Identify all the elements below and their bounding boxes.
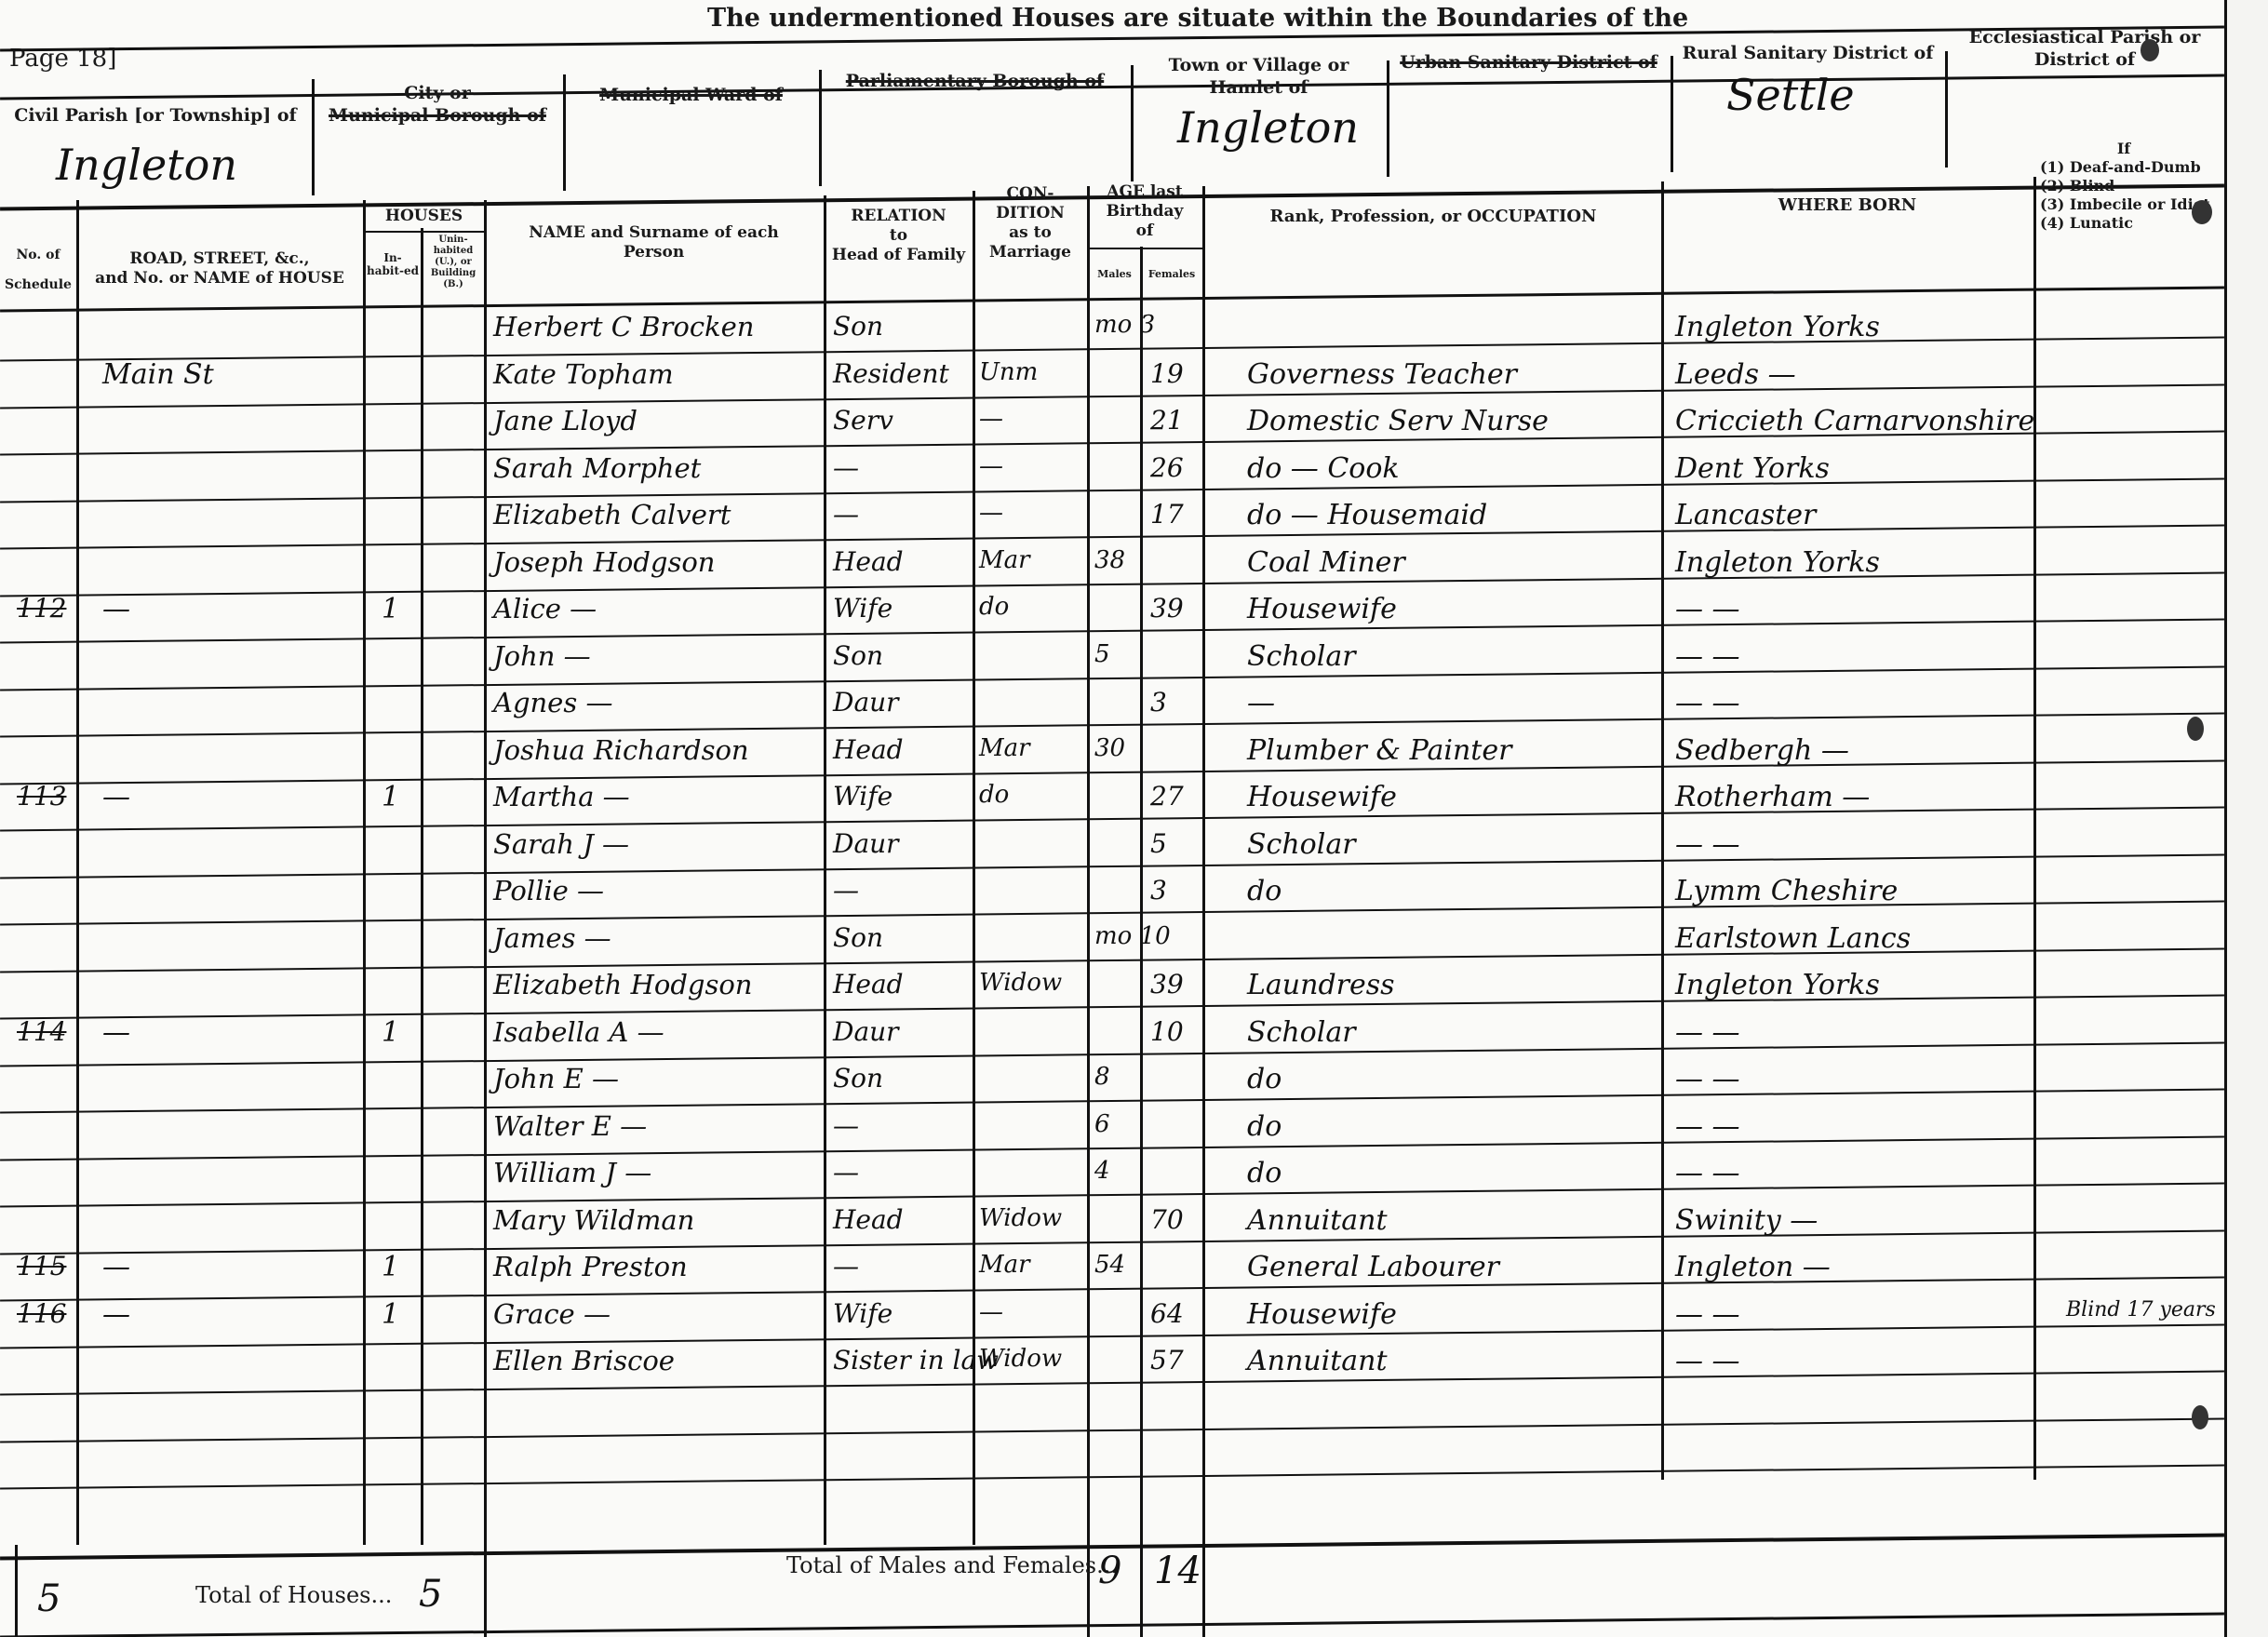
- rule-houses: [366, 231, 484, 233]
- cell-inhabited: [382, 922, 419, 959]
- cell-male-age: [1094, 593, 1141, 630]
- cell-female-age: 57: [1150, 1345, 1201, 1382]
- cell-male-age: 6: [1094, 1110, 1141, 1147]
- cell-condition: [979, 1439, 1086, 1476]
- cell-name: Kate Topham: [493, 358, 824, 396]
- ink-blot: [2192, 200, 2212, 224]
- cell-where-born: Leeds —: [1675, 358, 2033, 396]
- cell-occupation: [1247, 1392, 1657, 1429]
- cell-inhabited: [382, 1157, 419, 1194]
- cell-name: Ellen Briscoe: [493, 1345, 824, 1382]
- cell-male-age: [1094, 969, 1141, 1006]
- cell-where-born: — —: [1675, 1016, 2033, 1053]
- cell-infirmity: [2066, 969, 2220, 1006]
- cell-road: —: [102, 1251, 354, 1288]
- cell-schedule: [17, 828, 74, 865]
- cell-inhabited: [382, 452, 419, 490]
- cell-relation: Head: [833, 734, 973, 772]
- cell-where-born: — —: [1675, 593, 2033, 630]
- district-civil-parish-value: Ingleton: [56, 140, 237, 190]
- cell-where-born: Earlstown Lancs: [1675, 922, 2033, 959]
- cell-female-age: 27: [1150, 781, 1201, 818]
- cell-road: [102, 687, 354, 724]
- cell-condition: Widow: [979, 1204, 1086, 1241]
- header-uninhabited: Unin-habited (U.), or Building (B.): [423, 235, 483, 290]
- cell-where-born: — —: [1675, 687, 2033, 724]
- cell-inhabited: [382, 875, 419, 912]
- cell-condition: Mar: [979, 734, 1086, 772]
- cell-occupation: Governess Teacher: [1247, 358, 1657, 396]
- cell-condition: Mar: [979, 546, 1086, 584]
- cell-name: Herbert C Brocken: [493, 311, 824, 348]
- cell-female-age: [1150, 1157, 1201, 1194]
- cell-male-age: mo 3: [1094, 311, 1141, 348]
- cell-infirmity: [2066, 546, 2220, 584]
- cell-where-born: Lancaster: [1675, 499, 2033, 536]
- cell-occupation: [1247, 311, 1657, 348]
- district-parliamentary-borough-label: Parliamentary Borough of: [824, 70, 1126, 92]
- cell-condition: [979, 922, 1086, 959]
- cell-relation: Wife: [833, 1298, 973, 1335]
- cell-road: [102, 828, 354, 865]
- cell-condition: Widow: [979, 969, 1086, 1006]
- cell-condition: do: [979, 781, 1086, 818]
- cell-name: Sarah J —: [493, 828, 824, 865]
- divider: [819, 70, 822, 186]
- cell-schedule: [17, 969, 74, 1006]
- cell-where-born: Sedbergh —: [1675, 734, 2033, 772]
- cell-infirmity: [2066, 1204, 2220, 1241]
- header-males: Males: [1089, 268, 1140, 281]
- cell-male-age: [1094, 781, 1141, 818]
- cell-name: Mary Wildman: [493, 1204, 824, 1241]
- cell-schedule: [17, 311, 74, 348]
- table-row: Ellen BriscoeSister in lawWidow57Annuita…: [0, 1341, 2224, 1384]
- district-town-value: Ingleton: [1177, 102, 1359, 153]
- cell-road: [102, 452, 354, 490]
- ink-blot: [2187, 717, 2204, 741]
- total-males: 9: [1098, 1550, 1121, 1592]
- cell-female-age: [1150, 1251, 1201, 1288]
- cell-male-age: [1094, 1016, 1141, 1053]
- ink-blot: [2192, 1405, 2208, 1429]
- cell-inhabited: [382, 1439, 419, 1476]
- cell-condition: [979, 311, 1086, 348]
- cell-female-age: 17: [1150, 499, 1201, 536]
- cell-schedule: [17, 1204, 74, 1241]
- cell-occupation: [1247, 1439, 1657, 1476]
- header-inhabited: In-habit-ed: [366, 251, 420, 277]
- divider: [1671, 56, 1673, 172]
- ink-blot: [2141, 39, 2159, 61]
- cell-relation: —: [833, 452, 973, 490]
- cell-female-age: [1150, 311, 1201, 348]
- district-civil-parish-label: Civil Parish [or Township] of: [2, 104, 309, 127]
- table-row: Elizabeth HodgsonHeadWidow39LaundressIng…: [0, 965, 2224, 1008]
- divider: [563, 74, 566, 191]
- divider: [1387, 60, 1389, 177]
- district-ecclesiastical-label: Ecclesiastical Parish or District of: [1950, 26, 2220, 71]
- cell-condition: [979, 875, 1086, 912]
- cell-where-born: Lymm Cheshire: [1675, 875, 2033, 912]
- table-row: [0, 1389, 2224, 1431]
- cell-inhabited: [382, 734, 419, 772]
- cell-inhabited: [382, 405, 419, 442]
- cell-occupation: [1247, 922, 1657, 959]
- cell-name: Joshua Richardson: [493, 734, 824, 772]
- table-row: John —Son5Scholar— —: [0, 637, 2224, 679]
- header-houses: HOUSES: [366, 207, 482, 226]
- cell-inhabited: 1: [382, 1251, 419, 1288]
- cell-where-born: Ingleton Yorks: [1675, 546, 2033, 584]
- cell-male-age: [1094, 687, 1141, 724]
- table-row: Sarah Morphet——26do — CookDent Yorks: [0, 449, 2224, 491]
- cell-male-age: [1094, 358, 1141, 396]
- cell-female-age: 5: [1150, 828, 1201, 865]
- table-row: Mary WildmanHeadWidow70AnnuitantSwinity …: [0, 1201, 2224, 1243]
- cell-where-born: — —: [1675, 828, 2033, 865]
- cell-female-age: [1150, 1392, 1201, 1429]
- cell-infirmity: [2066, 1110, 2220, 1147]
- cell-relation: Son: [833, 311, 973, 348]
- cell-where-born: Ingleton Yorks: [1675, 311, 2033, 348]
- cell-road: [102, 1204, 354, 1241]
- header-where-born: WHERE BORN: [1666, 195, 2029, 215]
- cell-name: Elizabeth Hodgson: [493, 969, 824, 1006]
- cell-infirmity: [2066, 358, 2220, 396]
- cell-inhabited: 1: [382, 1298, 419, 1335]
- cell-road: [102, 640, 354, 678]
- cell-condition: [979, 828, 1086, 865]
- cell-road: —: [102, 593, 354, 630]
- cell-male-age: [1094, 452, 1141, 490]
- cell-infirmity: [2066, 1016, 2220, 1053]
- cell-road: [102, 1063, 354, 1100]
- cell-relation: Head: [833, 546, 973, 584]
- cell-name: Walter E —: [493, 1110, 824, 1147]
- header-condition: CON- DITION as to Marriage: [975, 184, 1085, 262]
- cell-occupation: Housewife: [1247, 593, 1657, 630]
- divider: [1945, 51, 1948, 168]
- cell-condition: —: [979, 499, 1086, 536]
- cell-name: Pollie —: [493, 875, 824, 912]
- cell-male-age: 54: [1094, 1251, 1141, 1288]
- cell-occupation: Scholar: [1247, 640, 1657, 678]
- cell-schedule: [17, 922, 74, 959]
- table-row: Joseph HodgsonHeadMar38Coal MinerIngleto…: [0, 543, 2224, 585]
- cell-schedule: [17, 875, 74, 912]
- cell-female-age: [1150, 1439, 1201, 1476]
- cell-male-age: 4: [1094, 1157, 1141, 1194]
- cell-infirmity: [2066, 781, 2220, 818]
- cell-where-born: [1675, 1439, 2033, 1476]
- cell-occupation: do: [1247, 1063, 1657, 1100]
- cell-name: John E —: [493, 1063, 824, 1100]
- cell-infirmity: [2066, 922, 2220, 959]
- cell-relation: Wife: [833, 781, 973, 818]
- cell-female-age: 26: [1150, 452, 1201, 490]
- cell-female-age: 39: [1150, 593, 1201, 630]
- cell-infirmity: [2066, 640, 2220, 678]
- cell-name: Ralph Preston: [493, 1251, 824, 1288]
- cell-condition: [979, 687, 1086, 724]
- cell-where-born: [1675, 1392, 2033, 1429]
- cell-inhabited: [382, 1204, 419, 1241]
- cell-road: [102, 875, 354, 912]
- cell-relation: Head: [833, 1204, 973, 1241]
- cell-male-age: [1094, 1204, 1141, 1241]
- cell-condition: [979, 1392, 1086, 1429]
- header-females: Females: [1143, 268, 1201, 281]
- cell-relation: Resident: [833, 358, 973, 396]
- cell-road: [102, 1157, 354, 1194]
- cell-inhabited: [382, 358, 419, 396]
- cell-relation: —: [833, 1157, 973, 1194]
- header-infirmity: If (1) Deaf-and-Dumb (2) Blind (3) Imbec…: [2040, 140, 2210, 233]
- cell-road: [102, 734, 354, 772]
- cell-occupation: Coal Miner: [1247, 546, 1657, 584]
- cell-road: [102, 405, 354, 442]
- cell-inhabited: 1: [382, 781, 419, 818]
- cell-relation: Head: [833, 969, 973, 1006]
- cell-relation: Son: [833, 1063, 973, 1100]
- header-age: AGE last Birthday of: [1089, 182, 1201, 241]
- total-persons-label: Total of Males and Females...: [786, 1552, 1118, 1578]
- cell-female-age: 39: [1150, 969, 1201, 1006]
- cell-infirmity: [2066, 593, 2220, 630]
- cell-road: [102, 311, 354, 348]
- cell-inhabited: [382, 1110, 419, 1147]
- cell-road: [102, 1345, 354, 1382]
- header-road: ROAD, STREET, &c., and No. or NAME of HO…: [79, 249, 360, 288]
- cell-condition: —: [979, 1298, 1086, 1335]
- cell-inhabited: [382, 969, 419, 1006]
- cell-where-born: — —: [1675, 1157, 2033, 1194]
- cell-name: John —: [493, 640, 824, 678]
- cell-name: [493, 1439, 824, 1476]
- cell-schedule: [17, 405, 74, 442]
- cell-relation: Daur: [833, 828, 973, 865]
- cell-condition: Unm: [979, 358, 1086, 396]
- cell-relation: [833, 1439, 973, 1476]
- cell-name: William J —: [493, 1157, 824, 1194]
- cell-inhabited: 1: [382, 593, 419, 630]
- cell-condition: —: [979, 405, 1086, 442]
- cell-schedule: [17, 452, 74, 490]
- cell-relation: [833, 1392, 973, 1429]
- cell-occupation: Plumber & Painter: [1247, 734, 1657, 772]
- cell-schedule: [17, 1110, 74, 1147]
- sheet-right-edge: [2224, 0, 2227, 1637]
- cell-inhabited: [382, 687, 419, 724]
- cell-schedule: [17, 1157, 74, 1194]
- cell-road: [102, 499, 354, 536]
- cell-relation: —: [833, 875, 973, 912]
- cell-schedule: 115: [17, 1251, 74, 1288]
- rule-age: [1089, 248, 1202, 249]
- cell-occupation: Annuitant: [1247, 1204, 1657, 1241]
- cell-name: James —: [493, 922, 824, 959]
- cell-female-age: 21: [1150, 405, 1201, 442]
- district-rural-sanitary-value: Settle: [1726, 70, 1855, 120]
- cell-female-age: [1150, 1110, 1201, 1147]
- cell-male-age: 30: [1094, 734, 1141, 772]
- cell-female-age: [1150, 1063, 1201, 1100]
- cell-where-born: — —: [1675, 1110, 2033, 1147]
- cell-inhabited: [382, 1392, 419, 1429]
- table-row: William J ——4do— —: [0, 1153, 2224, 1196]
- cell-where-born: Ingleton —: [1675, 1251, 2033, 1288]
- table-row: 114—1Isabella A —Daur10Scholar— —: [0, 1013, 2224, 1055]
- table-row: 116—1Grace —Wife—64Housewife— —Blind 17 …: [0, 1295, 2224, 1337]
- total-females: 14: [1154, 1550, 1201, 1592]
- cell-infirmity: [2066, 1251, 2220, 1288]
- cell-where-born: Criccieth Carnarvonshire: [1675, 405, 2033, 442]
- cell-road: [102, 546, 354, 584]
- cell-relation: —: [833, 499, 973, 536]
- header-relation: RELATION to Head of Family: [826, 207, 971, 265]
- table-row: Jane LloydServ—21Domestic Serv NurseCric…: [0, 401, 2224, 444]
- cell-infirmity: [2066, 311, 2220, 348]
- cell-infirmity: [2066, 1157, 2220, 1194]
- cell-where-born: — —: [1675, 640, 2033, 678]
- cell-infirmity: [2066, 499, 2220, 536]
- cell-male-age: 38: [1094, 546, 1141, 584]
- district-urban-sanitary-label: Urban Sanitary District of: [1391, 51, 1666, 74]
- cell-schedule: [17, 358, 74, 396]
- total-houses-value: 5: [419, 1573, 442, 1616]
- district-municipal-ward-label: Municipal Ward of: [568, 84, 814, 106]
- cell-female-age: 3: [1150, 875, 1201, 912]
- cell-female-age: [1150, 640, 1201, 678]
- table-row: 113—1Martha —Wifedo27HousewifeRotherham …: [0, 777, 2224, 820]
- cell-male-age: 5: [1094, 640, 1141, 678]
- cell-schedule: [17, 546, 74, 584]
- cell-female-age: 64: [1150, 1298, 1201, 1335]
- cell-condition: [979, 1016, 1086, 1053]
- cell-infirmity: [2066, 828, 2220, 865]
- cell-occupation: Annuitant: [1247, 1345, 1657, 1382]
- cell-name: Isabella A —: [493, 1016, 824, 1053]
- cell-inhabited: [382, 640, 419, 678]
- cell-male-age: 8: [1094, 1063, 1141, 1100]
- cell-where-born: Rotherham —: [1675, 781, 2033, 818]
- cell-road: [102, 1392, 354, 1429]
- cell-condition: [979, 640, 1086, 678]
- header-name: NAME and Surname of each Person: [489, 223, 819, 262]
- table-row: Sarah J —Daur5Scholar— —: [0, 825, 2224, 867]
- cell-female-age: [1150, 922, 1201, 959]
- cell-condition: [979, 1063, 1086, 1100]
- cell-name: Joseph Hodgson: [493, 546, 824, 584]
- cell-road: —: [102, 1016, 354, 1053]
- cell-schedule: 116: [17, 1298, 74, 1335]
- table-row: [0, 1435, 2224, 1478]
- divider: [1131, 65, 1134, 181]
- divider: [312, 79, 315, 195]
- table-row: 112—1Alice —Wifedo39Housewife— —: [0, 589, 2224, 632]
- cell-male-age: [1094, 1392, 1141, 1429]
- cell-name: Alice —: [493, 593, 824, 630]
- cell-relation: Daur: [833, 687, 973, 724]
- cell-schedule: [17, 640, 74, 678]
- cell-occupation: do: [1247, 1110, 1657, 1147]
- cell-male-age: mo 10: [1094, 922, 1141, 959]
- cell-female-age: [1150, 734, 1201, 772]
- cell-occupation: do — Cook: [1247, 452, 1657, 490]
- district-town-label: Town or Village or Hamlet of: [1135, 54, 1382, 99]
- cell-schedule: 113: [17, 781, 74, 818]
- cell-road: [102, 922, 354, 959]
- cell-name: [493, 1392, 824, 1429]
- cell-where-born: — —: [1675, 1345, 2033, 1382]
- cell-male-age: [1094, 1345, 1141, 1382]
- cell-relation: Son: [833, 640, 973, 678]
- cell-female-age: 3: [1150, 687, 1201, 724]
- cell-occupation: do — Housemaid: [1247, 499, 1657, 536]
- table-row: Joshua RichardsonHeadMar30Plumber & Pain…: [0, 731, 2224, 773]
- total-schedules: 5: [37, 1577, 60, 1620]
- total-houses-label: Total of Houses...: [195, 1582, 392, 1608]
- table-row: Elizabeth Calvert——17do — HousemaidLanca…: [0, 495, 2224, 538]
- cell-occupation: Housewife: [1247, 781, 1657, 818]
- cell-inhabited: 1: [382, 1016, 419, 1053]
- table-row: Agnes —Daur3—— —: [0, 683, 2224, 726]
- district-city-label: City or Municipal Borough of: [316, 82, 558, 127]
- cell-relation: —: [833, 1251, 973, 1288]
- cell-where-born: Dent Yorks: [1675, 452, 2033, 490]
- cell-male-age: [1094, 1439, 1141, 1476]
- cell-schedule: [17, 687, 74, 724]
- cell-schedule: [17, 1439, 74, 1476]
- cell-where-born: Ingleton Yorks: [1675, 969, 2033, 1006]
- table-row: Herbert C BrockenSonmo 3Ingleton Yorks: [0, 307, 2224, 350]
- cell-female-age: 70: [1150, 1204, 1201, 1241]
- cell-female-age: 10: [1150, 1016, 1201, 1053]
- cell-schedule: [17, 1063, 74, 1100]
- cell-male-age: [1094, 828, 1141, 865]
- census-sheet: The undermentioned Houses are situate wi…: [0, 0, 2224, 1637]
- cell-male-age: [1094, 405, 1141, 442]
- table-row: James —Sonmo 10Earlstown Lancs: [0, 919, 2224, 961]
- cell-name: Agnes —: [493, 687, 824, 724]
- cell-where-born: — —: [1675, 1298, 2033, 1335]
- cell-condition: —: [979, 452, 1086, 490]
- cell-occupation: do: [1247, 875, 1657, 912]
- cell-schedule: [17, 1345, 74, 1382]
- header-schedule: No. of Schedule: [2, 240, 74, 300]
- cell-inhabited: [382, 546, 419, 584]
- cell-occupation: Scholar: [1247, 1016, 1657, 1053]
- cell-male-age: [1094, 1298, 1141, 1335]
- cell-male-age: [1094, 499, 1141, 536]
- cell-occupation: Laundress: [1247, 969, 1657, 1006]
- cell-relation: Sister in law: [833, 1345, 973, 1382]
- cell-infirmity: Blind 17 years: [2066, 1298, 2220, 1335]
- cell-inhabited: [382, 499, 419, 536]
- cell-occupation: do: [1247, 1157, 1657, 1194]
- header-occupation: Rank, Profession, or OCCUPATION: [1210, 207, 1657, 226]
- cell-relation: Daur: [833, 1016, 973, 1053]
- cell-where-born: Swinity —: [1675, 1204, 2033, 1241]
- cell-road: [102, 1110, 354, 1147]
- cell-inhabited: [382, 828, 419, 865]
- cell-schedule: 114: [17, 1016, 74, 1053]
- cell-infirmity: [2066, 1345, 2220, 1382]
- cell-schedule: [17, 1392, 74, 1429]
- cell-inhabited: [382, 1063, 419, 1100]
- rule-totals-bottom: [0, 1612, 2224, 1637]
